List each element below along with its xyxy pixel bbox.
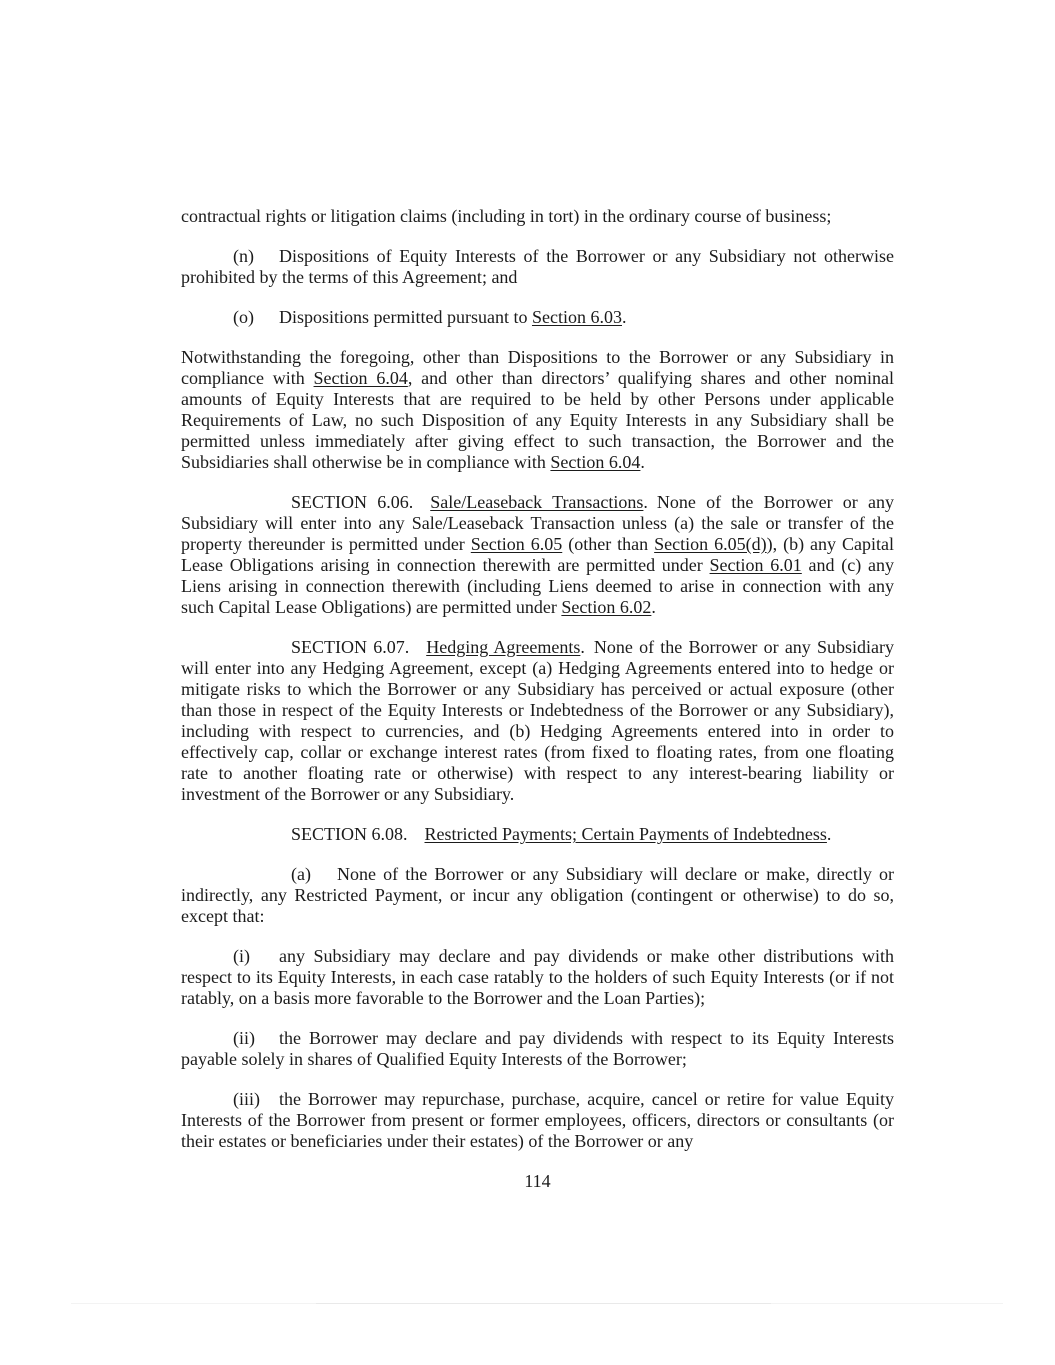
body-text: .: [651, 597, 656, 617]
body-text: contractual rights or litigation claims …: [181, 206, 831, 226]
section-title: Hedging Agreements: [426, 637, 580, 657]
body-text: . None of the Borrower or any Subsidiary…: [181, 637, 894, 804]
section-title: Restricted Payments; Certain Payments of…: [425, 824, 827, 844]
clause-ii: (ii)the Borrower may declare and pay div…: [181, 1028, 894, 1070]
body-text: .: [827, 824, 832, 844]
section-label: SECTION 6.06.: [291, 492, 413, 512]
document-page: contractual rights or litigation claims …: [0, 0, 1055, 1365]
clause-label: (a): [291, 864, 337, 885]
footer-divider-segment: [316, 1303, 771, 1304]
body-text: the Borrower may repurchase, purchase, a…: [181, 1089, 894, 1151]
clause-iii: (iii)the Borrower may repurchase, purcha…: [181, 1089, 894, 1152]
section-6-08-heading: SECTION 6.08.Restricted Payments; Certai…: [181, 824, 894, 845]
section-6-06-paragraph: SECTION 6.06.Sale/Leaseback Transactions…: [181, 492, 894, 618]
document-body: contractual rights or litigation claims …: [181, 206, 894, 1192]
page-number: 114: [181, 1171, 894, 1192]
section-6-07-paragraph: SECTION 6.07.Hedging Agreements. None of…: [181, 637, 894, 805]
clause-i: (i)any Subsidiary may declare and pay di…: [181, 946, 894, 1009]
body-text: the Borrower may declare and pay dividen…: [181, 1028, 894, 1069]
section-reference: Section 6.02: [561, 597, 651, 617]
body-text: Dispositions permitted pursuant to: [279, 307, 532, 327]
clause-m-continuation: contractual rights or litigation claims …: [181, 206, 894, 227]
section-reference: Section 6.05: [471, 534, 562, 554]
body-text: None of the Borrower or any Subsidiary w…: [181, 864, 894, 926]
clause-a: (a)None of the Borrower or any Subsidiar…: [181, 864, 894, 927]
section-label: SECTION 6.07.: [291, 637, 409, 657]
body-text: any Subsidiary may declare and pay divid…: [181, 946, 894, 1008]
clause-label: (iii): [233, 1089, 279, 1110]
footer-divider: [71, 1303, 1003, 1304]
section-reference: Section 6.01: [710, 555, 802, 575]
clause-label: (n): [233, 246, 279, 267]
section-label: SECTION 6.08.: [291, 824, 408, 844]
body-text: (other than: [562, 534, 654, 554]
clause-n: (n)Dispositions of Equity Interests of t…: [181, 246, 894, 288]
section-reference: Section 6.05(d): [654, 534, 766, 554]
clause-label: (o): [233, 307, 279, 328]
body-text: .: [622, 307, 627, 327]
section-reference: Section 6.04: [550, 452, 640, 472]
clause-label: (ii): [233, 1028, 279, 1049]
section-reference: Section 6.03: [532, 307, 622, 327]
clause-label: (i): [233, 946, 279, 967]
notwithstanding-paragraph: Notwithstanding the foregoing, other tha…: [181, 347, 894, 473]
section-reference: Section 6.04: [314, 368, 408, 388]
clause-o: (o)Dispositions permitted pursuant to Se…: [181, 307, 894, 328]
body-text: .: [640, 452, 645, 472]
body-text: Dispositions of Equity Interests of the …: [181, 246, 894, 287]
section-title: Sale/Leaseback Transactions: [430, 492, 643, 512]
